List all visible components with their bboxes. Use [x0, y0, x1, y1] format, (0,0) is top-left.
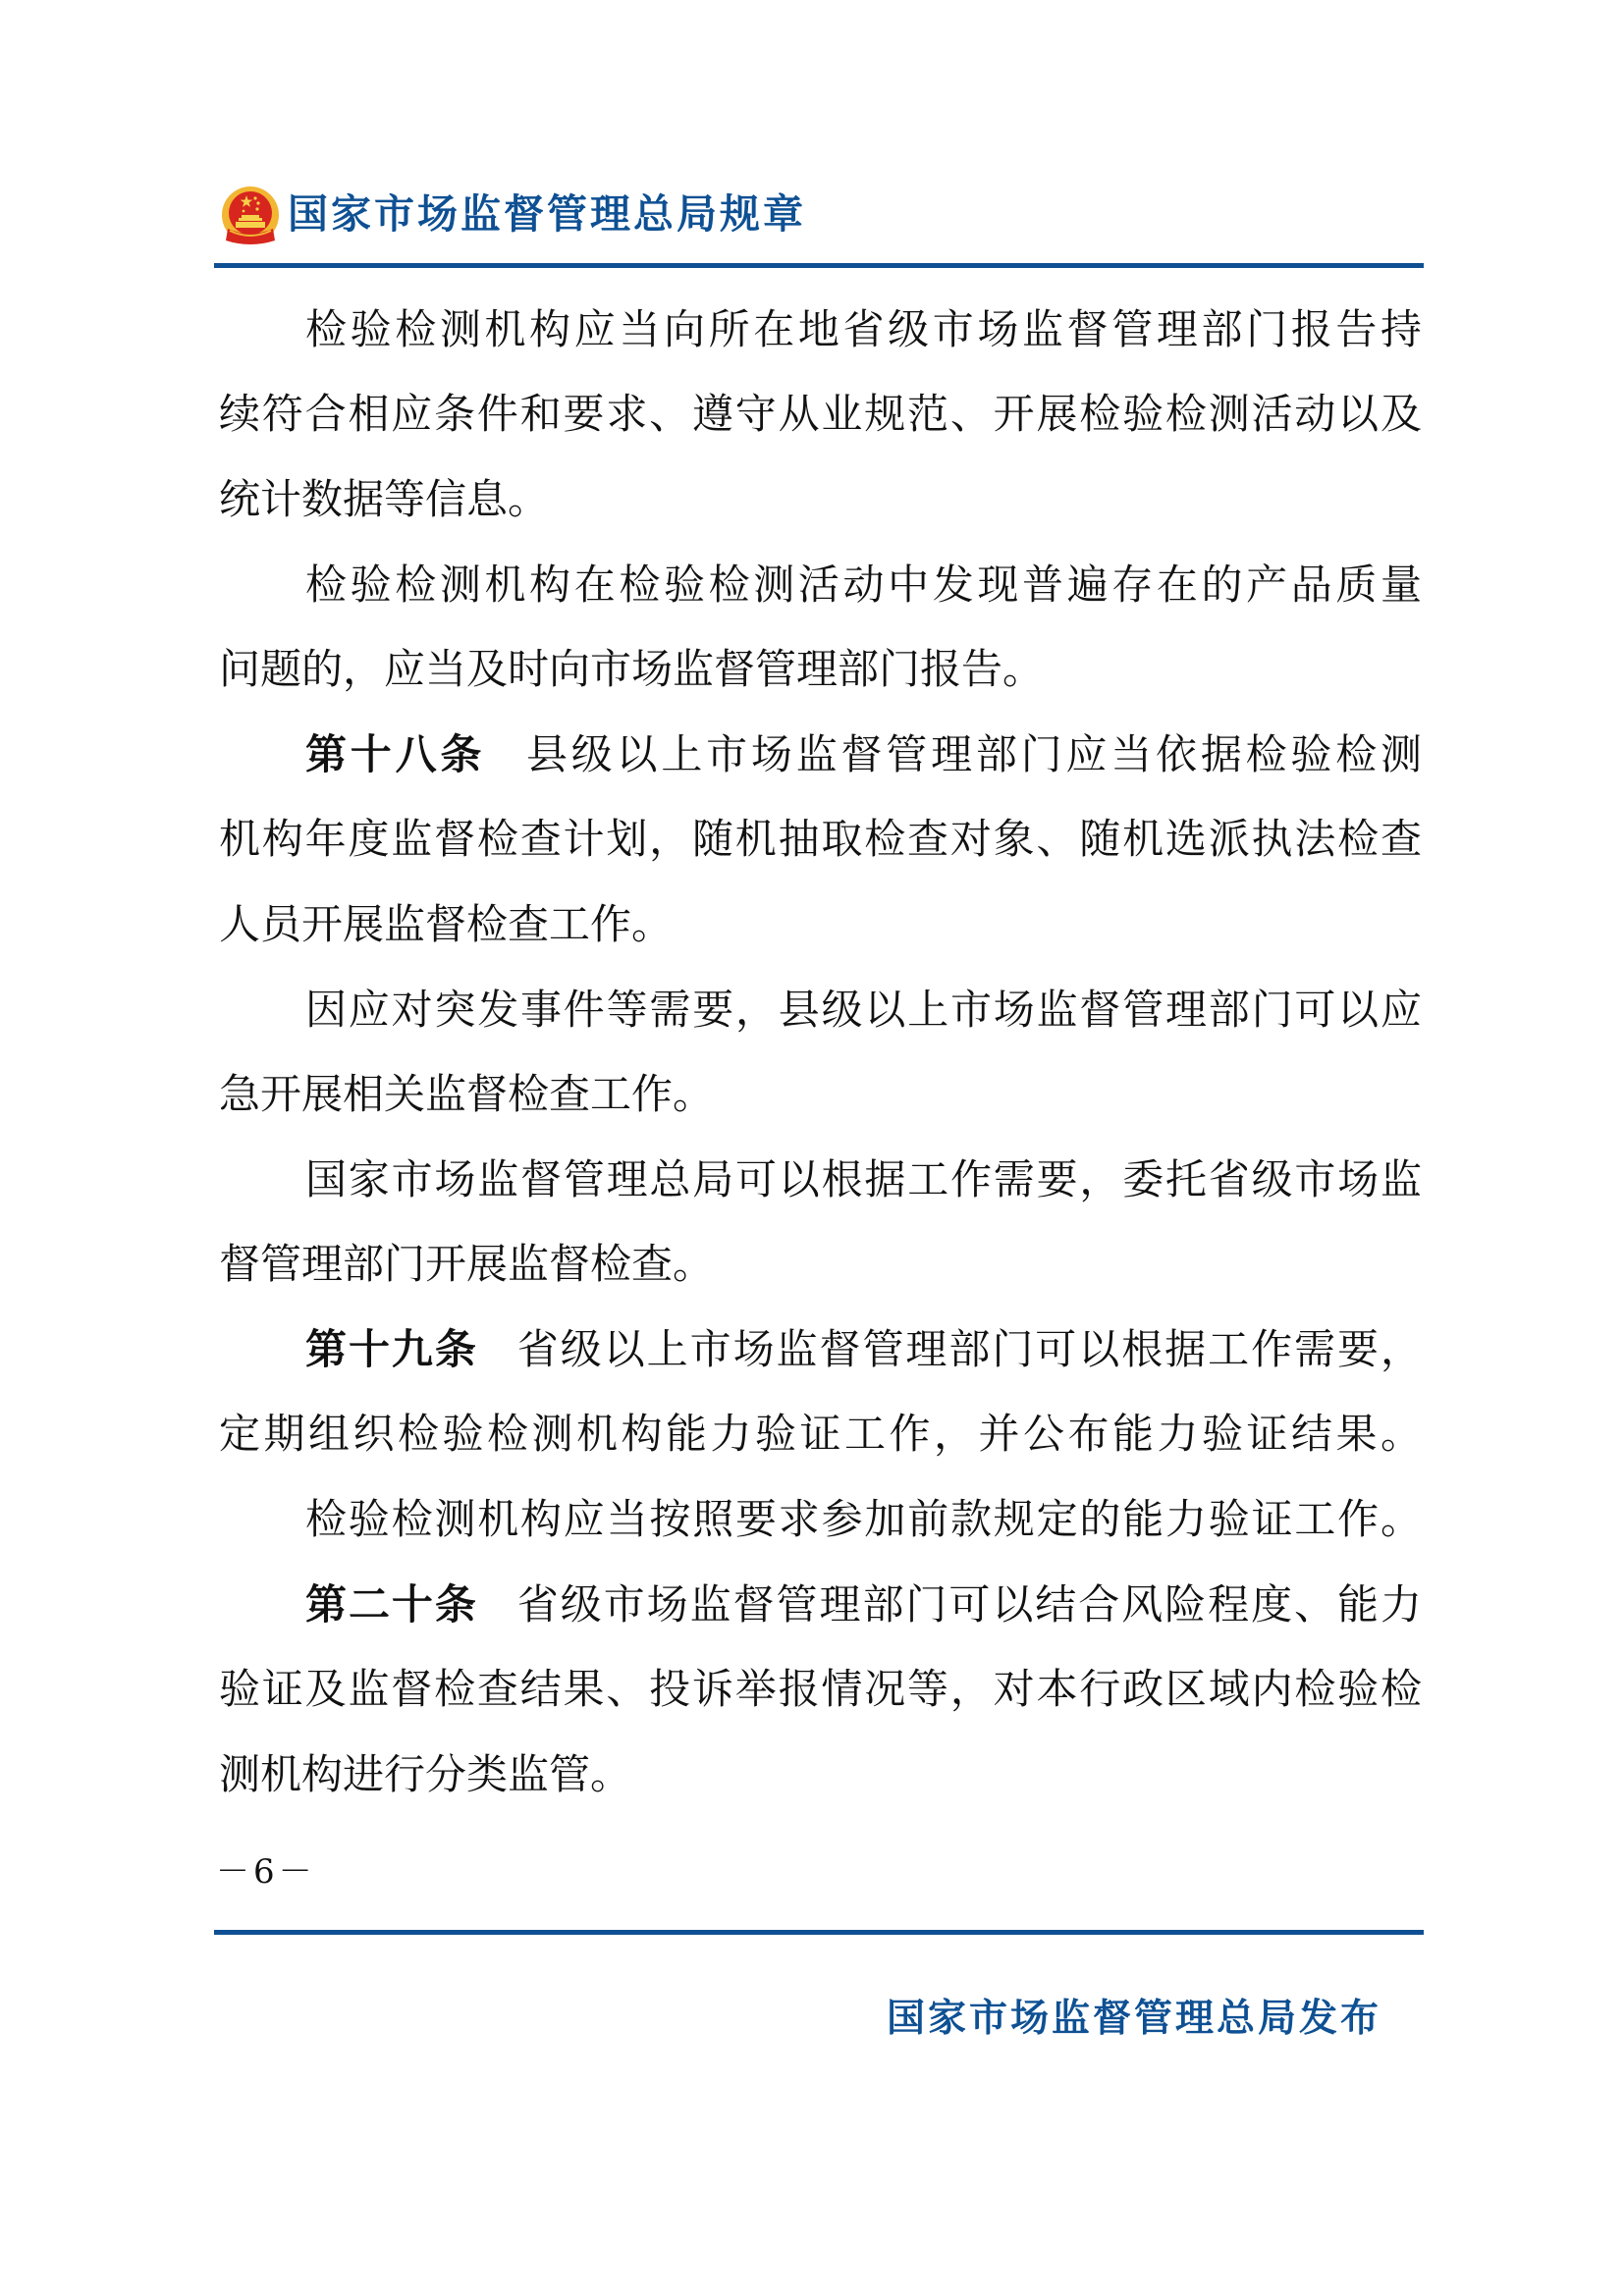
article-18-line: 第十八条县级以上市场监督管理部门应当依据检验检测: [305, 725, 1422, 784]
paragraph-line: 检验检测机构应当按照要求参加前款规定的能力验证工作。: [305, 1490, 1422, 1549]
paragraph-line: 统计数据等信息。: [219, 470, 1422, 529]
paragraph-line: 急开展相关监督检查工作。: [219, 1065, 1422, 1124]
paragraph-line: 检验检测机构在检验检测活动中发现普遍存在的产品质量: [305, 556, 1422, 614]
article-heading: 第十八条: [305, 730, 485, 778]
paragraph-line: 机构年度监督检查计划，随机抽取检查对象、随机选派执法检查: [219, 810, 1422, 869]
paragraph-line: 验证及监督检查结果、投诉举报情况等，对本行政区域内检验检: [219, 1660, 1422, 1719]
paragraph-line: 定期组织检验检测机构能力验证工作，并公布能力验证结果。: [219, 1405, 1422, 1464]
paragraph-line: 督管理部门开展监督检查。: [219, 1235, 1422, 1294]
paragraph-line: 续符合相应条件和要求、遵守从业规范、开展检验检测活动以及: [219, 385, 1422, 444]
paragraph-line: 问题的，应当及时向市场监督管理部门报告。: [219, 640, 1422, 699]
paragraph-line: 因应对突发事件等需要，县级以上市场监督管理部门可以应: [305, 981, 1422, 1040]
paragraph-line: 检验检测机构应当向所在地省级市场监督管理部门报告持: [305, 300, 1422, 359]
page-number: －6－: [216, 1849, 316, 1895]
article-20-line: 第二十条省级市场监督管理部门可以结合风险程度、能力: [305, 1575, 1422, 1634]
footer-divider: [214, 1930, 1424, 1935]
article-text: 省级市场监督管理部门可以结合风险程度、能力: [515, 1580, 1422, 1629]
footer-publisher: 国家市场监督管理总局发布: [887, 1995, 1381, 2044]
header-title: 国家市场监督管理总局规章: [288, 188, 806, 240]
article-text: 省级以上市场监督管理部门可以根据工作需要，: [515, 1325, 1422, 1373]
article-text: 县级以上市场监督管理部门应当依据检验检测: [522, 730, 1422, 778]
paragraph-line: 国家市场监督管理总局可以根据工作需要，委托省级市场监: [305, 1150, 1422, 1209]
article-19-line: 第十九条省级以上市场监督管理部门可以根据工作需要，: [305, 1320, 1422, 1379]
national-emblem-icon: [220, 186, 281, 248]
article-heading: 第二十条: [305, 1580, 478, 1629]
article-heading: 第十九条: [305, 1325, 478, 1373]
header-divider: [214, 263, 1424, 268]
paragraph-line: 人员开展监督检查工作。: [219, 895, 1422, 954]
paragraph-line: 测机构进行分类监管。: [219, 1745, 1422, 1804]
document-page: 国家市场监督管理总局规章 检验检测机构应当向所在地省级市场监督管理部门报告持 续…: [0, 0, 1624, 2296]
